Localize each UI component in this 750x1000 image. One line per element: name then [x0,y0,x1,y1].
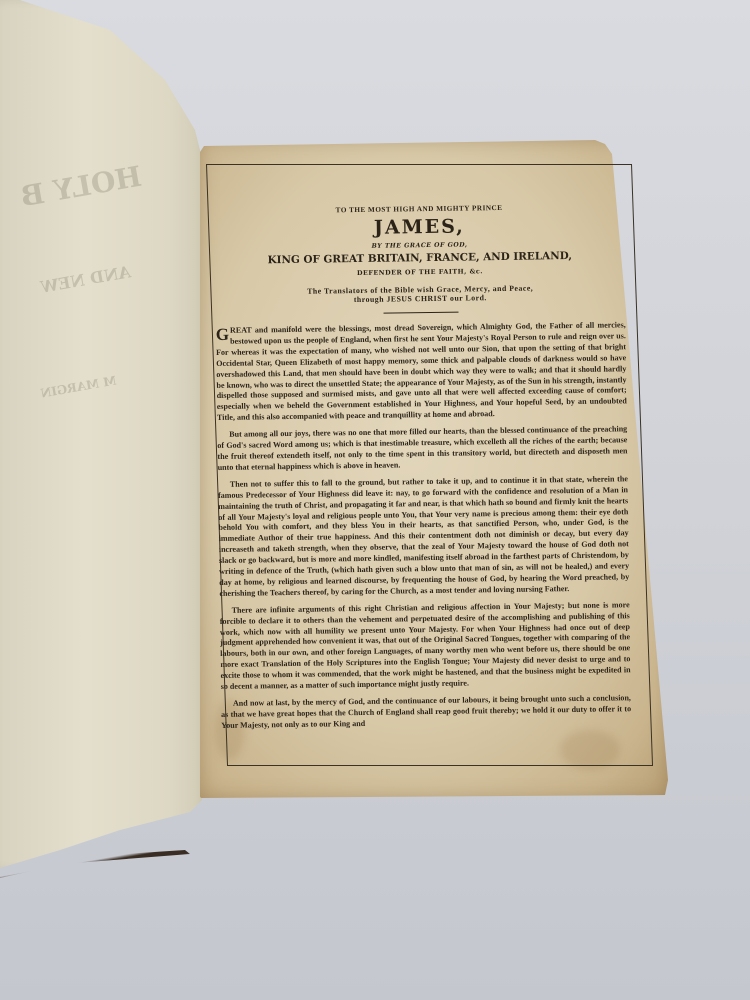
paragraph-3: Then not to suffer this to fall to the g… [218,474,630,600]
king-name: JAMES, [214,212,624,242]
defender-line: DEFENDER OF THE FAITH, &c. [215,265,625,279]
left-page-bleed-text: AND NEW [39,262,132,297]
dedication-content: TO THE MOST HIGH AND MIGHTY PRINCE JAMES… [214,199,631,737]
section-divider [383,312,458,314]
paragraph-text: There are infinite arguments of this rig… [220,600,631,691]
drop-cap: G [216,327,229,342]
left-page: HOLY B AND NEW M MARGIN [0,0,210,870]
paragraph-text: But among all our joys, there was no one… [217,424,627,471]
paragraph-1: GREAT and manifold were the blessings, m… [216,320,627,424]
left-page-bleed-text: HOLY B [18,160,144,214]
king-title: KING OF GREAT BRITAIN, FRANCE, AND IRELA… [215,249,625,267]
paragraph-5: And now at last, by the mercy of God, an… [221,693,631,731]
paragraph-4: There are infinite arguments of this rig… [220,600,631,693]
paragraph-text: And now at last, by the mercy of God, an… [221,693,631,730]
paragraph-2: But among all our joys, there was no one… [217,424,628,473]
left-page-bleed-text: M MARGIN [39,373,117,400]
paragraph-text: Then not to suffer this to fall to the g… [218,474,629,598]
translators-greeting: The Translators of the Bible wish Grace,… [215,282,625,306]
paragraph-text: REAT and manifold were the blessings, mo… [216,320,627,422]
